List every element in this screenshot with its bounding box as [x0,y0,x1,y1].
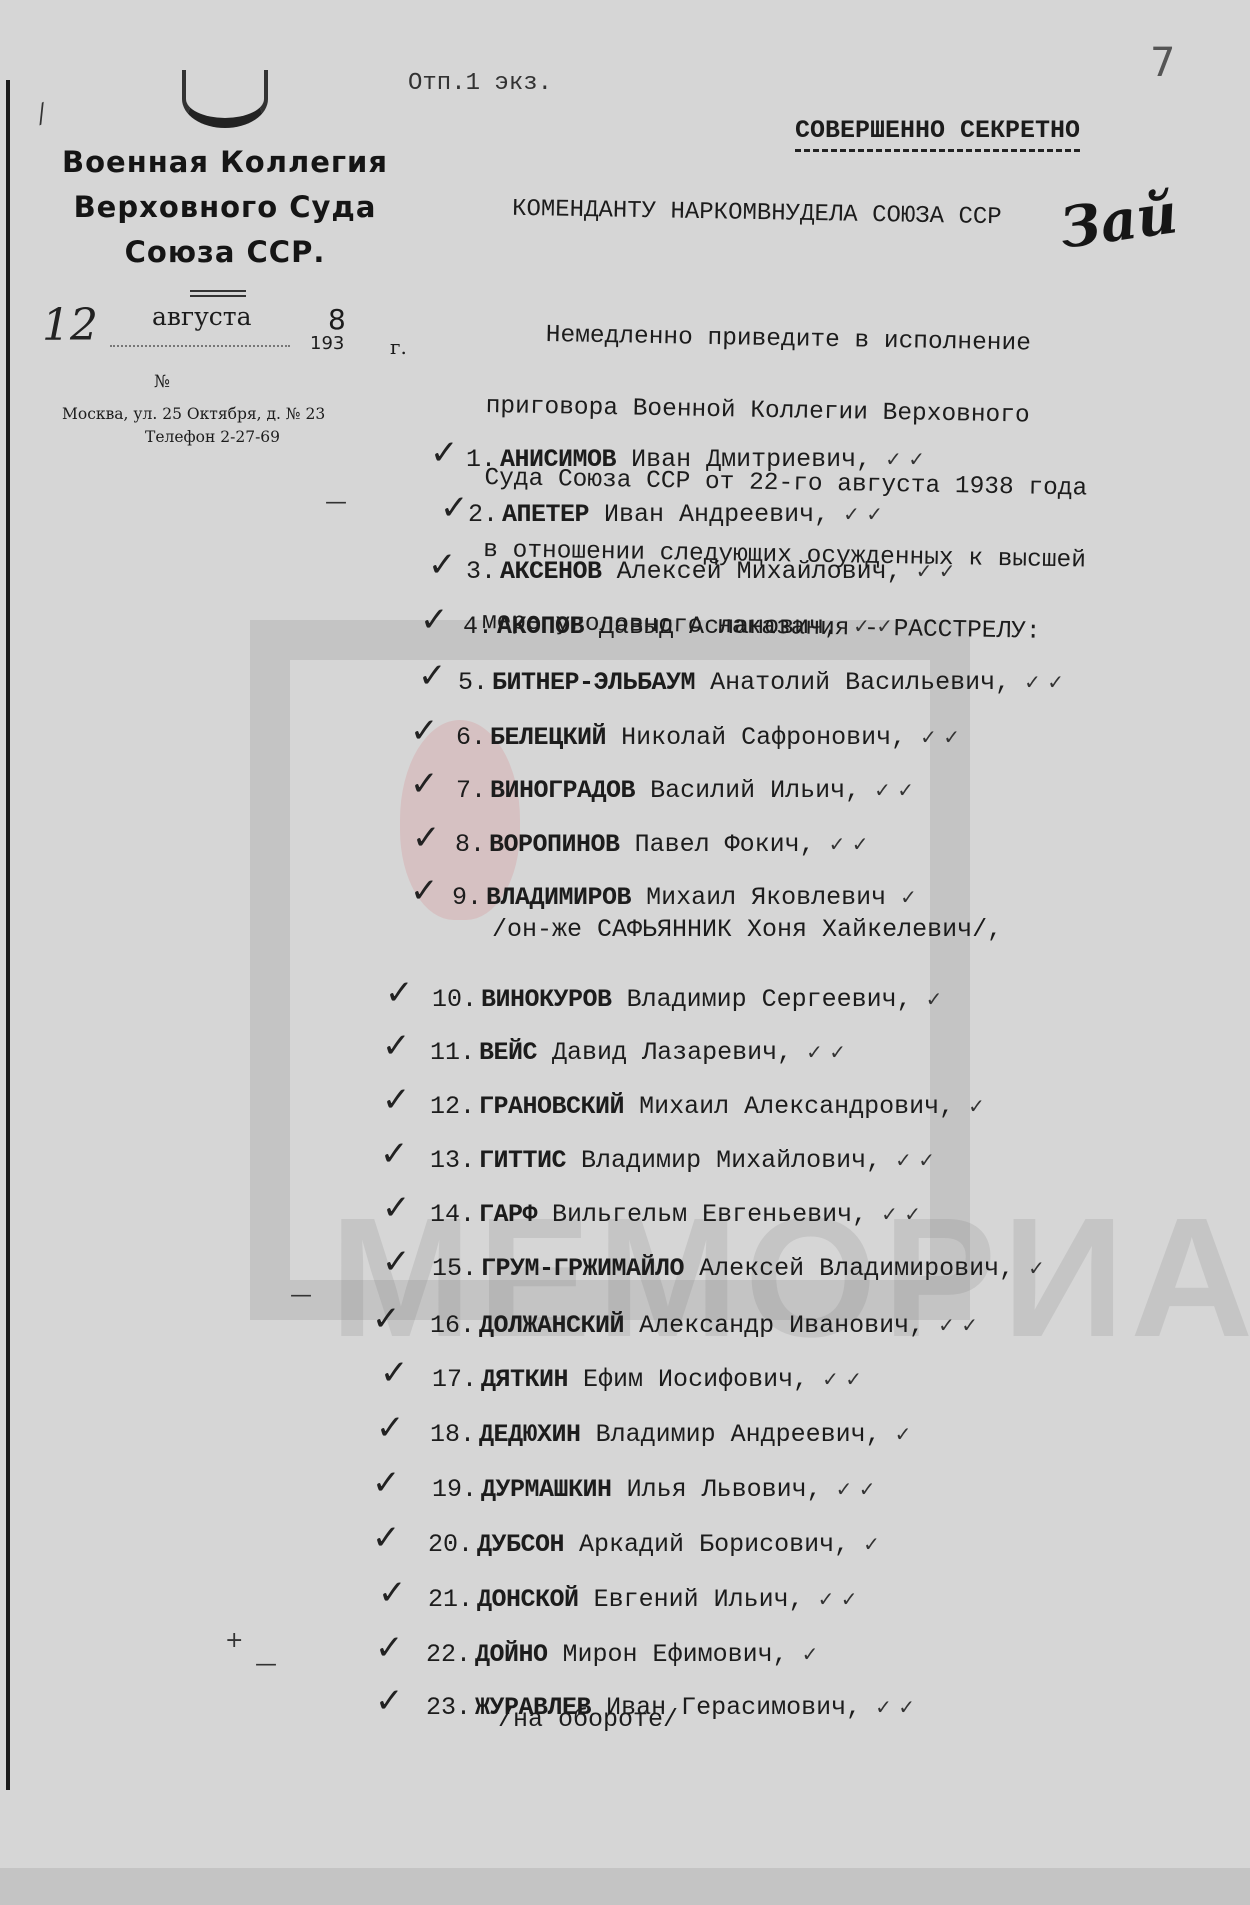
list-item: ✓6.БЕЛЕЦКИЙ Николай Сафронович,✓ ✓ [456,723,960,752]
list-item: ✓11.ВЕЙС Давид Лазаревич,✓ ✓ [430,1038,846,1067]
verification-marks: ✓ ✓ [874,778,914,802]
list-item: ✓15.ГРУМ-ГРЖИМАЙЛО Алексей Владимирович,… [432,1254,1045,1283]
surname: ВИНОГРАДОВ [490,776,635,805]
surname: БЕЛЕЦКИЙ [490,723,606,752]
double-rule [190,290,246,297]
org-line: Военная Коллегия [30,140,420,185]
list-number: 13. [430,1146,475,1175]
state-emblem-icon [182,70,268,128]
date-day: 12 [42,300,98,351]
date-year-suffix: г. [390,335,407,359]
list-number: 16. [430,1311,475,1340]
verification-marks: ✓ [1028,1256,1045,1280]
surname: ВЕЙС [479,1038,537,1067]
list-item: ✓2.АПЕТЕР Иван Андреевич,✓ ✓ [468,500,883,529]
list-number: 14. [430,1200,475,1229]
given-names: Евгений Ильич [594,1585,789,1614]
list-item: ✓18.ДЕДЮХИН Владимир Андреевич,✓ [430,1420,911,1449]
check-mark-icon: ✓ [420,600,449,640]
verification-marks: ✓ [900,885,917,909]
surname: АНИСИМОВ [500,445,616,474]
check-mark-icon: ✓ [378,1573,407,1613]
surname: ГИТТИС [479,1146,566,1175]
list-item: ✓1.АНИСИМОВ Иван Дмитриевич,✓ ✓ [466,445,925,474]
given-names: Анатолий Васильевич [710,668,995,697]
verification-marks: ✓ [802,1642,819,1666]
surname: ГАРФ [479,1200,537,1229]
list-number: 7. [456,776,486,805]
dash-mark: — [255,1652,277,1677]
document-number-label: № [154,372,170,392]
list-number: 4. [463,612,493,641]
list-number: 21. [428,1585,473,1614]
binding-margin-line [6,80,10,1790]
list-number: 10. [432,985,477,1014]
address: Москва, ул. 25 Октября, д. № 23 [62,405,325,423]
given-names: Мирон Ефимович [563,1640,773,1669]
surname: ДОНСКОЙ [477,1585,579,1614]
verification-marks: ✓ ✓ [818,1587,858,1611]
page-number: 7 [1150,40,1175,86]
surname: ВЛАДИМИРОВ [486,883,631,912]
verification-marks: ✓ ✓ [885,447,925,471]
dash-mark: — [325,490,347,515]
given-names: Ефим Иосифович [583,1365,793,1394]
surname: ДУРМАШКИН [481,1475,612,1504]
dash-mark: — [290,1283,312,1308]
phone: Телефон 2-27-69 [145,428,280,446]
list-item: ✓22.ДОЙНО Мирон Ефимович,✓ [426,1640,818,1669]
check-mark-icon: ✓ [375,1628,404,1668]
given-names: Алексей Михайлович [617,557,887,586]
list-item: ✓12.ГРАНОВСКИЙ Михаил Александрович,✓ [430,1092,985,1121]
date-year-prefix: 193 [310,333,344,354]
check-mark-icon: ✓ [410,764,439,804]
verification-marks: ✓ ✓ [822,1367,862,1391]
list-item: ✓5.БИТНЕР-ЭЛЬБАУМ Анатолий Васильевич,✓ … [458,668,1064,697]
check-mark-icon: ✓ [382,1188,411,1228]
copy-note: Отп.1 экз. [408,70,552,97]
list-item: ✓16.ДОЛЖАНСКИЙ Александр Иванович,✓ ✓ [430,1311,978,1340]
org-line: Союза ССР. [30,230,420,275]
surname: АПЕТЕР [502,500,589,529]
scan-edge [0,1868,1250,1905]
list-item: ✓19.ДУРМАШКИН Илья Львович,✓ ✓ [432,1475,875,1504]
check-mark-icon: ✓ [418,656,447,696]
date-month: августа [152,302,252,331]
verification-marks: ✓ ✓ [829,832,869,856]
body-line: Немедленно приведите в исполнение [487,323,1227,360]
verification-marks: ✓ ✓ [920,725,960,749]
check-mark-icon: ✓ [372,1299,401,1339]
list-number: 22. [426,1640,471,1669]
body-line: приговора Военной Коллегии Верховного [485,395,1225,432]
check-mark-icon: ✓ [410,871,439,911]
list-number: 15. [432,1254,477,1283]
check-mark-icon: ✓ [385,973,414,1013]
surname: АКСЕНОВ [500,557,602,586]
check-mark-icon: ✓ [372,1463,401,1503]
list-number: 11. [430,1038,475,1067]
surname: АКОПОВ [497,612,584,641]
check-mark-icon: ✓ [382,1026,411,1066]
list-item: ✓20.ДУБСОН Аркадий Борисович,✓ [428,1530,880,1559]
list-item: ✓8.ВОРОПИНОВ Павел Фокич,✓ ✓ [455,830,868,859]
given-names: Иван Дмитриевич [631,445,856,474]
surname: ГРАНОВСКИЙ [479,1092,624,1121]
check-mark-icon: ✓ [412,818,441,858]
surname: ДЕДЮХИН [479,1420,581,1449]
check-mark-icon: ✓ [372,1518,401,1558]
date-year-digit: 8 [328,303,346,336]
surname: ДОЛЖАНСКИЙ [479,1311,624,1340]
given-names: Вильгельм Евгеньевич [552,1200,852,1229]
check-mark-icon: ✓ [376,1408,405,1448]
given-names: Алексей Владимирович [699,1254,999,1283]
verification-marks: ✓ [895,1422,912,1446]
check-mark-icon: ✓ [380,1134,409,1174]
check-mark-icon: ✓ [380,1353,409,1393]
list-item: ✓10.ВИНОКУРОВ Владимир Сергеевич,✓ [432,985,942,1014]
verification-marks: ✓ ✓ [938,1313,978,1337]
given-names: Владимир Сергеевич [627,985,897,1014]
surname: ГРУМ-ГРЖИМАЙЛО [481,1254,684,1283]
list-number: 6. [456,723,486,752]
check-mark-icon: ✓ [382,1242,411,1282]
given-names: Василий Ильич [650,776,845,805]
list-number: 1. [466,445,496,474]
list-item: ✓4.АКОПОВ Давыд Асланович,✓ ✓ [463,612,893,641]
org-line: Верховного Суда [30,185,420,230]
list-item: ✓21.ДОНСКОЙ Евгений Ильич,✓ ✓ [428,1585,858,1614]
verification-marks: ✓ ✓ [881,1202,921,1226]
surname: ДЯТКИН [481,1365,568,1394]
list-number: 20. [428,1530,473,1559]
overleaf-note: /на обороте/ [498,1705,678,1734]
verification-marks: ✓ ✓ [853,614,893,638]
verification-marks: ✓ [926,987,943,1011]
alias-line: /он-же САФЬЯННИК Хоня Хайкелевич/, [492,915,1002,944]
verification-marks: ✓ ✓ [1024,670,1064,694]
list-item: ✓7.ВИНОГРАДОВ Василий Ильич,✓ ✓ [456,776,914,805]
check-mark-icon: ✓ [428,545,457,585]
list-number: 19. [432,1475,477,1504]
list-item: ✓3.АКСЕНОВ Алексей Михайлович,✓ ✓ [466,557,956,586]
given-names: Александр Иванович [639,1311,909,1340]
check-mark-icon: ✓ [375,1681,404,1721]
verification-marks: ✓ ✓ [836,1477,876,1501]
surname: БИТНЕР-ЭЛЬБАУМ [492,668,695,697]
surname: ДОЙНО [475,1640,548,1669]
check-mark-icon: ✓ [430,433,459,473]
given-names: Давид Лазаревич [552,1038,777,1067]
given-names: Аркадий Борисович [579,1530,834,1559]
verification-marks: ✓ [863,1532,880,1556]
list-item: ✓9.ВЛАДИМИРОВ Михаил Яковлевич✓ [452,883,917,912]
verification-marks: ✓ [968,1094,985,1118]
list-number: 12. [430,1092,475,1121]
list-number: 23. [426,1693,471,1722]
surname: ДУБСОН [477,1530,564,1559]
given-names: Николай Сафронович [621,723,891,752]
verification-marks: ✓ ✓ [916,559,956,583]
surname: ВИНОКУРОВ [481,985,612,1014]
list-number: 18. [430,1420,475,1449]
verification-marks: ✓ ✓ [895,1148,935,1172]
given-names: Иван Андреевич [604,500,814,529]
verification-marks: ✓ ✓ [806,1040,846,1064]
given-names: Михаил Яковлевич [646,883,886,912]
check-mark-icon: ✓ [382,1080,411,1120]
list-number: 3. [466,557,496,586]
given-names: Давыд Асланович [599,612,824,641]
date-dotted-line [110,345,290,347]
given-names: Павел Фокич [635,830,800,859]
list-number: 17. [432,1365,477,1394]
given-names: Владимир Михайлович [581,1146,866,1175]
check-mark-icon: ✓ [440,488,469,528]
organization-name: Военная Коллегия Верховного Суда Союза С… [30,140,420,275]
list-item: ✓13.ГИТТИС Владимир Михайлович,✓ ✓ [430,1146,935,1175]
list-number: 5. [458,668,488,697]
surname: ВОРОПИНОВ [489,830,620,859]
list-item: ✓14.ГАРФ Вильгельм Евгеньевич,✓ ✓ [430,1200,921,1229]
verification-marks: ✓ ✓ [843,502,883,526]
given-names: Михаил Александрович [639,1092,939,1121]
verification-marks: ✓ ✓ [875,1695,915,1719]
given-names: Владимир Андреевич [596,1420,866,1449]
list-number: 8. [455,830,485,859]
given-names: Илья Львович [627,1475,807,1504]
list-number: 9. [452,883,482,912]
check-mark-icon: ✓ [410,711,439,751]
list-item: ✓17.ДЯТКИН Ефим Иосифович,✓ ✓ [432,1365,862,1394]
classification-stamp: СОВЕРШЕННО СЕКРЕТНО [795,116,1080,152]
plus-mark: + [225,1628,243,1653]
list-number: 2. [468,500,498,529]
